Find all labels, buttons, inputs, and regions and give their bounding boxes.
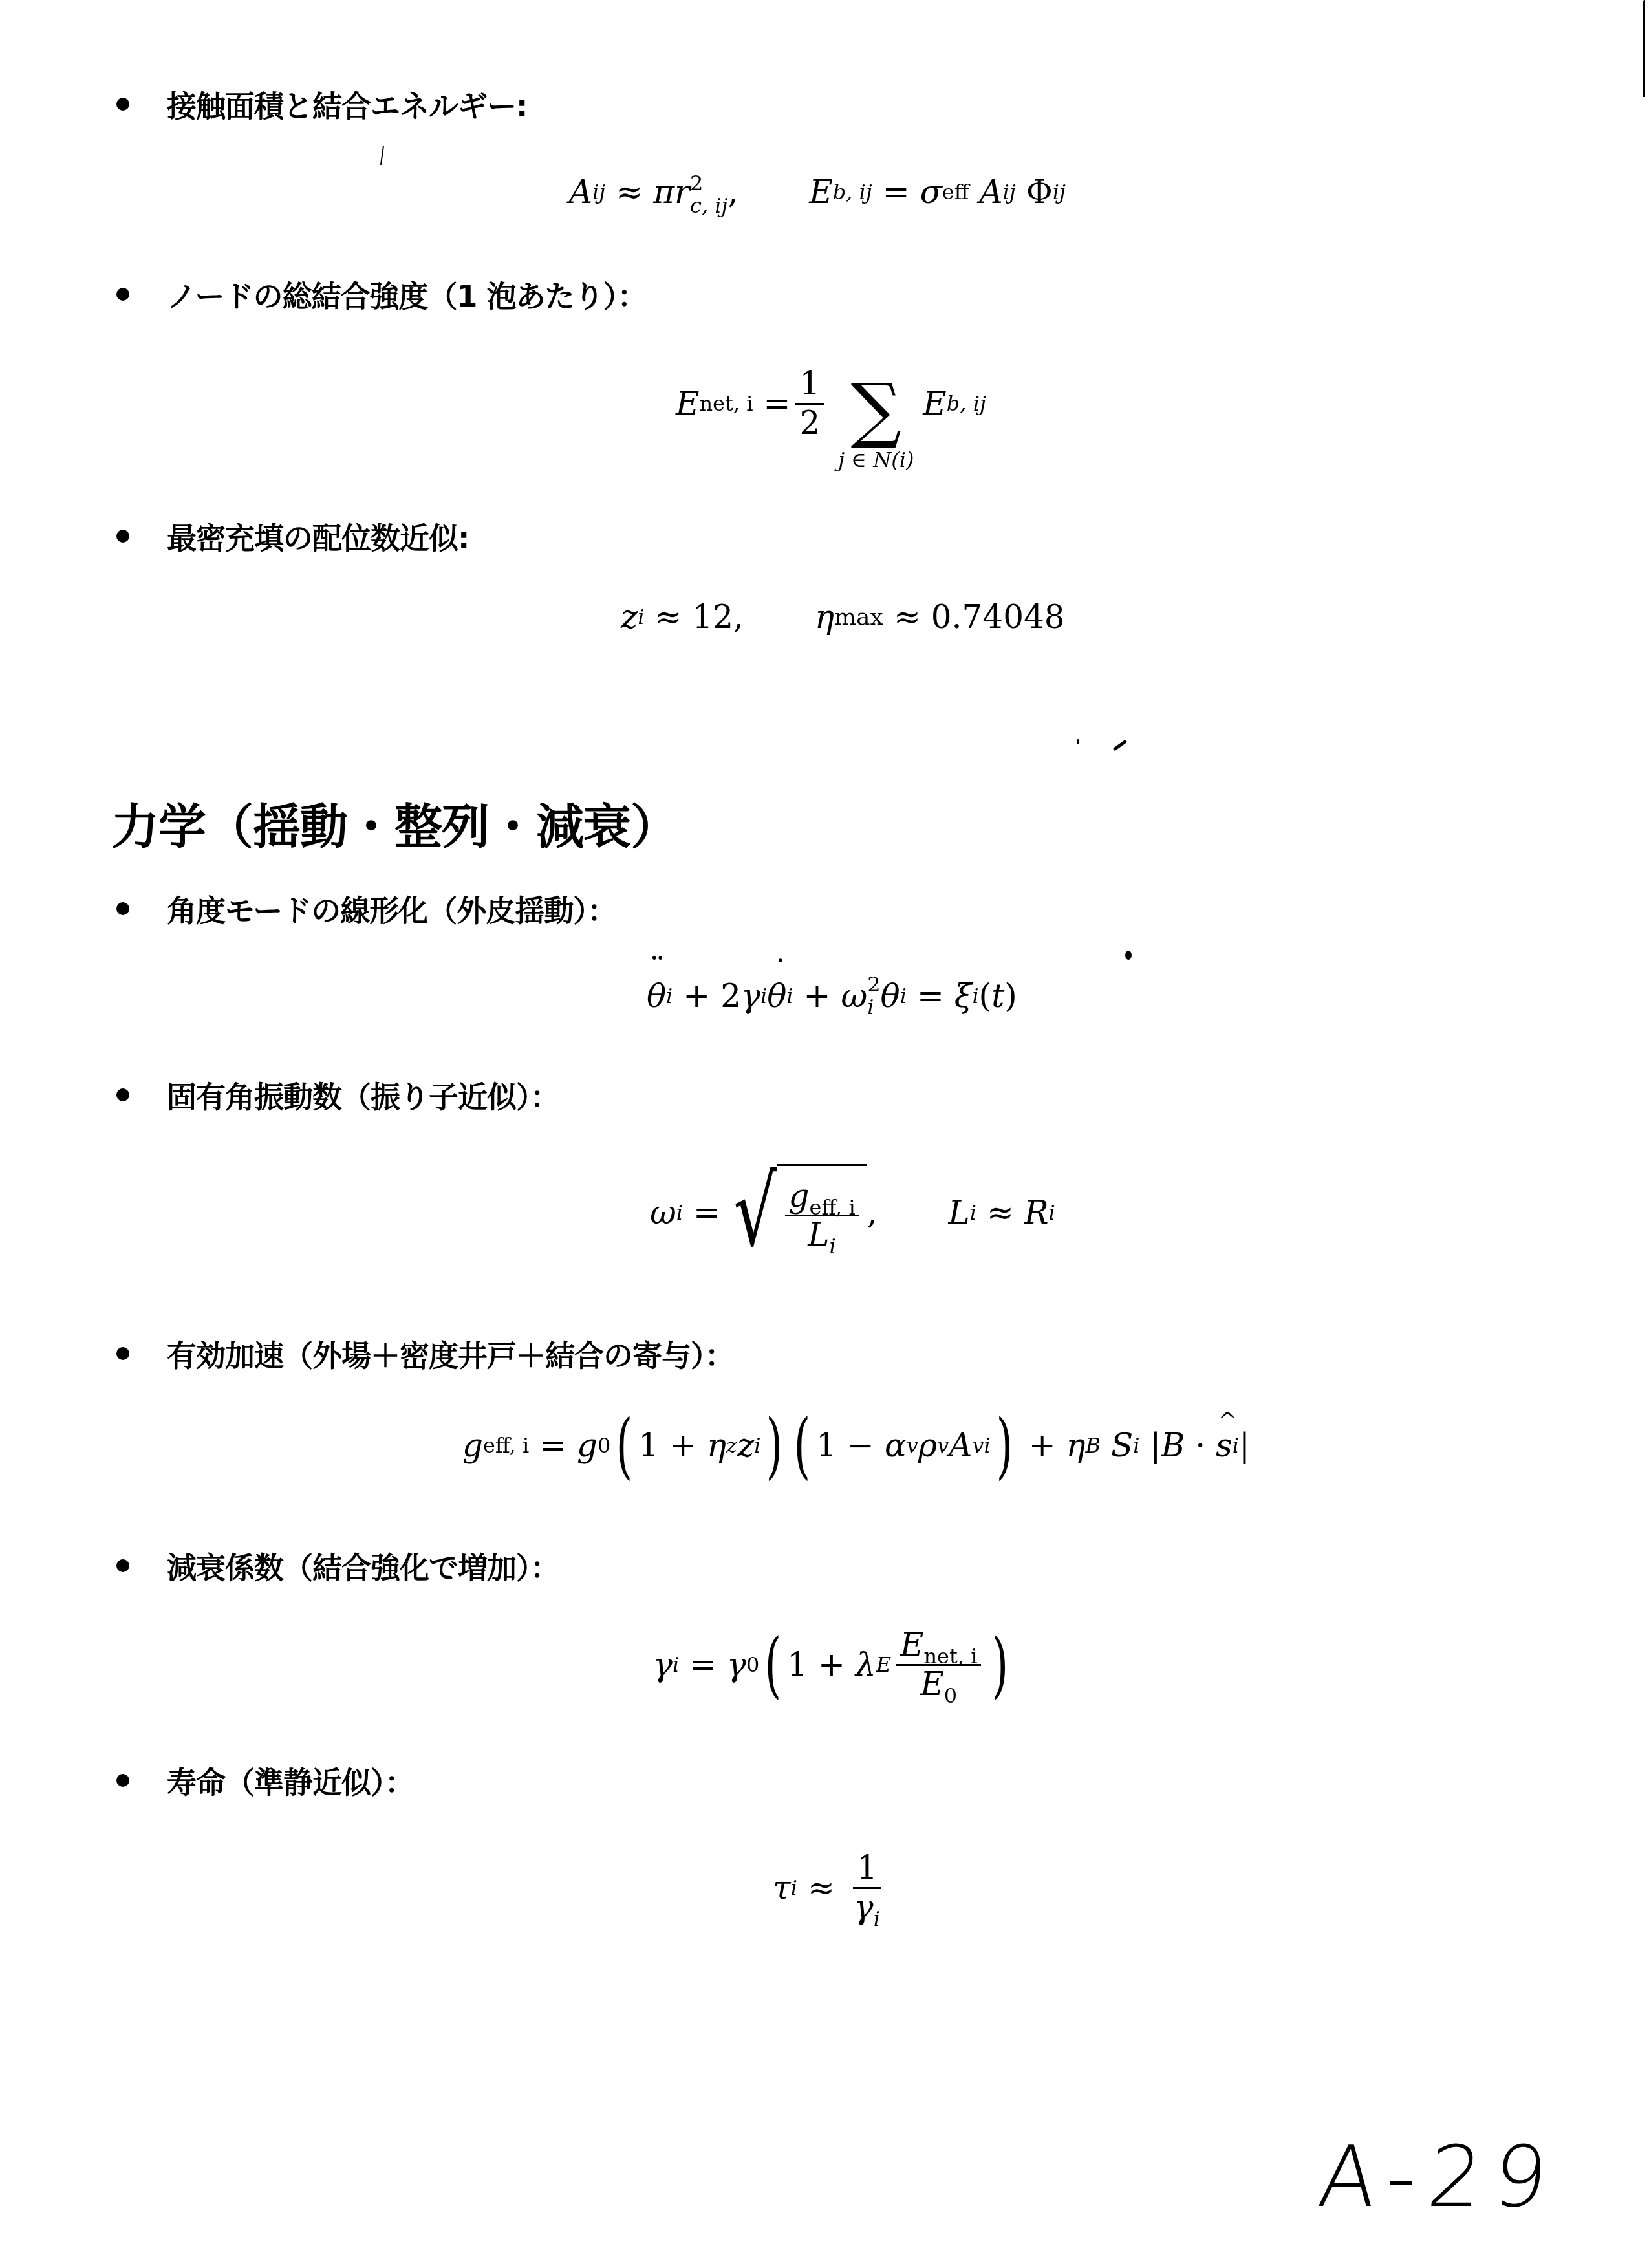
bullet-icon — [116, 1088, 129, 1101]
bullet-label: 角度モードの線形化（外皮揺動）： — [167, 887, 616, 930]
scan-speck — [380, 146, 384, 165]
equation-net-bond-energy: Enet, i = 12 ∑j ∈ N(i) Eb, ij — [676, 354, 986, 453]
bullet-label: 固有角振動数（振り子近似）： — [167, 1074, 559, 1116]
equation-coordination-number: zi ≈ 12, ηmax ≈ 0.74048 — [621, 598, 1065, 636]
handwritten-page-label: A-29 — [1314, 2128, 1564, 2226]
scan-speck — [1077, 739, 1079, 744]
bullet-label: 有効加速（外場＋密度井戸＋結合の寄与）： — [167, 1332, 734, 1375]
bullet-label: 寿命（準静近似）： — [167, 1759, 414, 1802]
bullet-icon — [116, 1774, 129, 1787]
bullet-lifetime: 寿命（準静近似）： — [116, 1759, 414, 1802]
equation-natural-frequency: ωi = √ geff, iLi , Li ≈ Ri — [650, 1164, 1055, 1261]
equation-angular-oscillator: θi + 2γi θi + ω2i θi = ξi (t) — [647, 973, 1017, 1019]
scan-speck — [1113, 740, 1128, 751]
bullet-icon — [116, 530, 129, 543]
bullet-label: 最密充填の配位数近似: — [167, 515, 469, 557]
bullet-angular-mode: 角度モードの線形化（外皮揺動）： — [116, 887, 616, 930]
bullet-effective-acceleration: 有効加速（外場＋密度井戸＋結合の寄与）： — [116, 1332, 734, 1375]
bullet-label: 接触面積と結合エネルギー: — [167, 83, 527, 125]
bullet-node-bond-strength: ノードの総結合強度（1 泡あたり）： — [116, 273, 647, 316]
bullet-natural-frequency: 固有角振動数（振り子近似）： — [116, 1074, 559, 1116]
bullet-icon — [116, 1559, 129, 1572]
bullet-icon — [116, 1347, 129, 1360]
equation-contact-area: Aij ≈ πr2c, ij, Eb, ij = σeff Aij Φij — [569, 169, 1066, 215]
section-heading-mechanics: 力学（揺動・整列・減衰） — [111, 789, 678, 858]
bullet-icon — [116, 288, 129, 301]
equation-lifetime: τi ≈ 1γi — [773, 1850, 889, 1926]
bullet-contact-area: 接触面積と結合エネルギー: — [116, 83, 527, 125]
bullet-close-packing: 最密充填の配位数近似: — [116, 515, 469, 557]
equation-effective-acceleration: geff, i = g0 ( 1+ ηzzi ) ( 1− αv ρv Avi … — [462, 1410, 1250, 1481]
bullet-label: 減衰係数（結合強化で増加）： — [167, 1544, 559, 1587]
scan-edge-artifact — [1643, 0, 1645, 97]
scan-speck — [1125, 951, 1132, 960]
bullet-damping-coefficient: 減衰係数（結合強化で増加）： — [116, 1544, 559, 1587]
bullet-icon — [116, 98, 129, 111]
bullet-icon — [116, 902, 129, 915]
equation-damping-coefficient: γi = γ0 ( 1+ λE Enet, iE0 ) — [653, 1626, 1014, 1703]
bullet-label: ノードの総結合強度（1 泡あたり）： — [167, 273, 647, 316]
